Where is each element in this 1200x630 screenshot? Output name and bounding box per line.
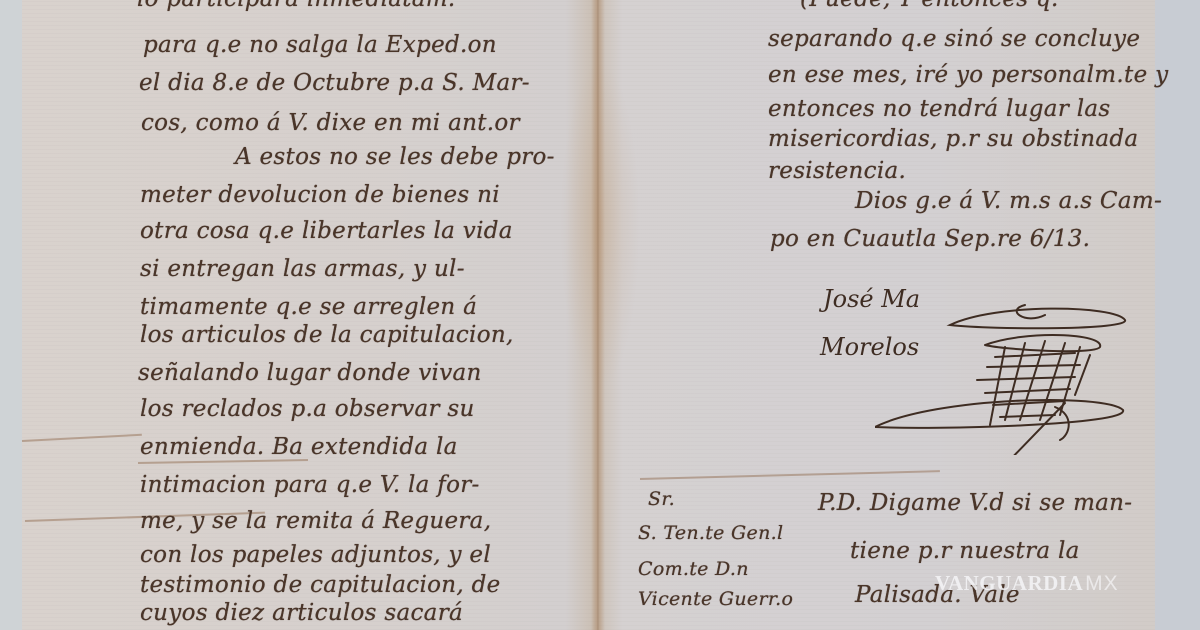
manuscript-line: Dios g.e á V. m.s a.s Cam-	[855, 188, 1162, 214]
signature-block: José Ma Morelos	[815, 285, 1135, 455]
manuscript-line: cos, como á V. dixe en mi ant.or	[141, 110, 520, 136]
manuscript-line: los reclados p.a observar su	[140, 396, 475, 422]
manuscript-line: los articulos de la capitulacion,	[140, 322, 514, 348]
manuscript-line: entonces no tendrá lugar las	[768, 96, 1111, 122]
manuscript-line: enmienda. Ba extendida la	[140, 434, 458, 460]
manuscript-line: para q.e no salga la Exped.on	[143, 32, 497, 58]
postscript-line: P.D. Digame V.d si se man-	[818, 490, 1132, 516]
postscript-line: tiene p.r nuestra la	[850, 538, 1080, 564]
manuscript-line: misericordias, p.r su obstinada	[768, 126, 1138, 152]
manuscript-line: en ese mes, iré yo personalm.te y	[768, 62, 1168, 88]
manuscript-line: timamente q.e se arreglen á	[140, 294, 477, 320]
backdrop-left	[0, 0, 22, 630]
addressee-line: Vicente Guerr.o	[638, 588, 793, 610]
manuscript-line: resistencia.	[768, 158, 906, 184]
manuscript-line: intimacion para q.e V. la for-	[140, 472, 480, 498]
addressee-line: Com.te D.n	[638, 558, 749, 580]
manuscript-line: A estos no se les debe pro-	[235, 144, 555, 170]
addressee-line: Sr.	[648, 488, 675, 510]
watermark-suffix: MX	[1085, 572, 1119, 595]
manuscript-line: (Puede, Y entonces q.	[800, 0, 1059, 12]
center-fold	[591, 0, 605, 630]
manuscript-line: lo participara inmediatam.	[137, 0, 456, 12]
manuscript-line: separando q.e sinó se concluye	[768, 26, 1140, 52]
manuscript-line: señalando lugar donde vivan	[138, 360, 482, 386]
left-page: lo participara inmediatam. para q.e no s…	[135, 0, 580, 630]
manuscript-line: con los papeles adjuntos, y el	[140, 542, 491, 568]
manuscript-line: si entregan las armas, y ul-	[140, 256, 465, 282]
manuscript-line: cuyos diez articulos sacará	[140, 600, 463, 626]
manuscript-line: testimonio de capitulacion, de	[140, 572, 501, 598]
vanguardia-watermark: VANGUARDIAMX	[935, 571, 1119, 596]
watermark-brand: VANGUARDIA	[935, 571, 1083, 595]
manuscript-line: el dia 8.e de Octubre p.a S. Mar-	[139, 70, 530, 96]
signature-rubric-icon	[875, 285, 1135, 455]
manuscript-line: meter devolucion de bienes ni	[140, 182, 500, 208]
manuscript-line: otra cosa q.e libertarles la vida	[140, 218, 513, 244]
manuscript-line: me, y se la remita á Reguera,	[140, 508, 491, 534]
manuscript-line: po en Cuautla Sep.re 6/13.	[770, 226, 1090, 252]
addressee-line: S. Ten.te Gen.l	[638, 522, 783, 544]
backdrop-right	[1155, 0, 1200, 630]
